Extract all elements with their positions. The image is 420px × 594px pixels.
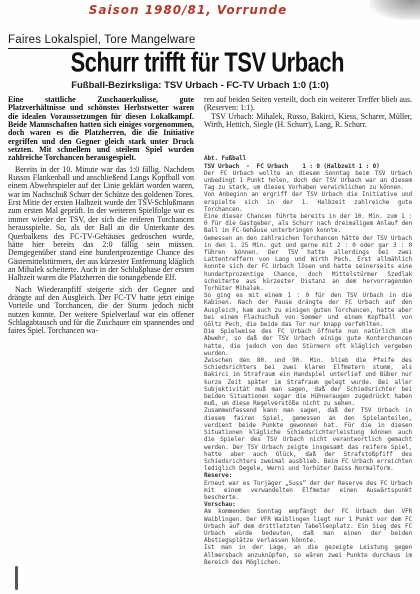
press-paragraph-3: Nach Wiederanpfiff steigerte sich der Ge…	[8, 286, 194, 336]
press-continuation-block: ren auf beiden Seiten verteilt, doch ein…	[204, 96, 412, 129]
club-paragraph-2: Von Anbeginn an ergriff der TSV Urbach d…	[204, 191, 412, 213]
preview-paragraph-2: Ist man in der Lage, an die gezeigte Lei…	[204, 544, 412, 566]
right-column: ren auf beiden Seiten verteilt, doch ein…	[204, 96, 412, 566]
press-paragraph-2: Bereits in der 10. Minute war das 1:0 fä…	[8, 166, 194, 283]
reserve-text: Erneut war es Torjäger „Suss“ der der Re…	[204, 480, 412, 502]
press-paragraph-1: Eine stattliche Zuschauerkulisse, gute P…	[8, 96, 194, 163]
club-paragraph-6: Die Spielweise des FC Urbach öffnete nun…	[204, 328, 412, 357]
club-paragraph-1: Der FC Urbach wollte an diesem Sonntag b…	[204, 170, 412, 192]
club-paragraph-7: Zwischen den 80. und 90. Min. blieb die …	[204, 357, 412, 407]
team-lineup: TSV Urbach: Mihalek, Russo, Bakirci, Kie…	[204, 113, 412, 130]
scan-mark	[15, 566, 18, 590]
left-column: Eine stattliche Zuschauerkulisse, gute P…	[8, 96, 194, 566]
article-body: Eine stattliche Zuschauerkulisse, gute P…	[8, 96, 412, 566]
club-report-heading: Abt. Fußball	[204, 155, 412, 162]
club-paragraph-3: Eine dieser Chancen führte bereits in de…	[204, 213, 412, 235]
preview-heading: Vorschau:	[204, 501, 412, 508]
press-continuation: ren auf beiden Seiten verteilt, doch ein…	[204, 96, 412, 113]
club-report: Abt. Fußball TSV Urbach - FC Urbach 1 : …	[204, 155, 412, 566]
season-note: Saison 1980/81, Vorrunde	[0, 3, 420, 17]
preview-paragraph-1: Am kommenden Sonntag empfängt der FC Urb…	[204, 508, 412, 544]
reserve-heading: Reserve:	[204, 472, 412, 479]
newspaper-clipping: Saison 1980/81, Vorrunde Faires Lokalspi…	[0, 0, 420, 594]
club-paragraph-5: So ging es mit einem 1 : 0 für den TSV U…	[204, 292, 412, 328]
subhead: Fußball-Bezirksliga: TSV Urbach - FC-TV …	[0, 80, 420, 91]
headline: Schurr trifft für TSV Urbach	[31, 46, 384, 79]
match-result-line: TSV Urbach - FC Urbach 1 : 0 (Halbzeit 1…	[204, 163, 412, 170]
club-paragraph-4: Gemessen an den zahlreichen Torchancen h…	[204, 235, 412, 293]
club-paragraph-8: Zusammenfassend kann man sagen, daß der …	[204, 407, 412, 472]
